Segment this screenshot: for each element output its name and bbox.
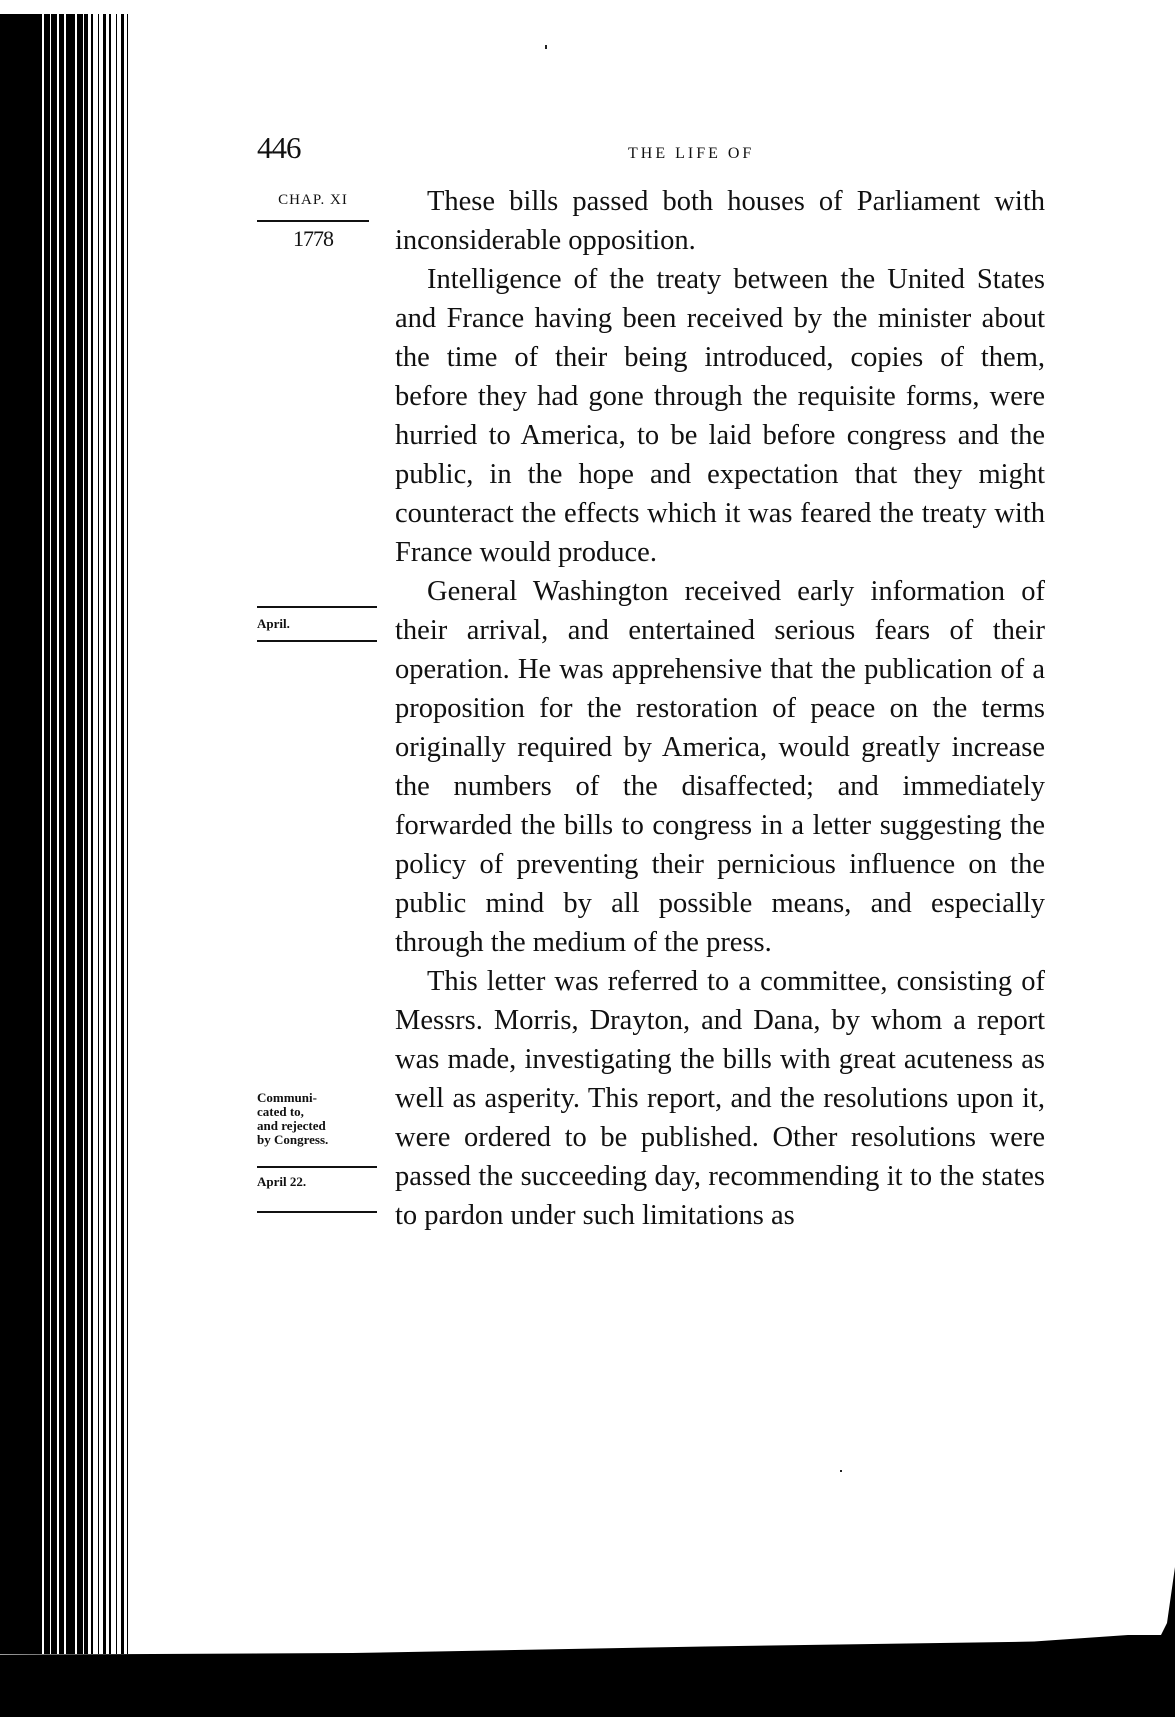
- margin-year: 1778: [257, 226, 369, 252]
- margin-communicated-line: cated to,: [257, 1105, 377, 1119]
- book-page: 446 THE LIFE OF CHAP. XI 1778 April. Com…: [0, 0, 1175, 1717]
- margin-communicated-line: and rejected: [257, 1119, 377, 1133]
- margin-rule: [257, 1211, 377, 1213]
- paragraph: These bills passed both houses of Parlia…: [395, 182, 1045, 260]
- margin-rule: [257, 640, 377, 642]
- margin-april-22: April 22.: [257, 1174, 377, 1190]
- paragraph: Intelligence of the treaty between the U…: [395, 260, 1045, 572]
- margin-rule: [257, 220, 369, 222]
- running-title: THE LIFE OF: [628, 145, 754, 163]
- body-text: These bills passed both houses of Parlia…: [395, 182, 1045, 1235]
- margin-chapter: CHAP. XI: [257, 192, 369, 209]
- margin-communicated-line: Communi-: [257, 1091, 377, 1105]
- margin-rule: [257, 1166, 377, 1168]
- page-number: 446: [257, 130, 301, 166]
- scan-speck: [545, 45, 547, 49]
- margin-communicated: Communi- cated to, and rejected by Congr…: [257, 1091, 377, 1147]
- margin-april: April.: [257, 616, 377, 632]
- scan-speck: [840, 1470, 842, 1472]
- paragraph: General Washington received early inform…: [395, 572, 1045, 962]
- paragraph: This letter was referred to a committee,…: [395, 962, 1045, 1235]
- margin-communicated-line: by Congress.: [257, 1133, 377, 1147]
- margin-rule: [257, 606, 377, 608]
